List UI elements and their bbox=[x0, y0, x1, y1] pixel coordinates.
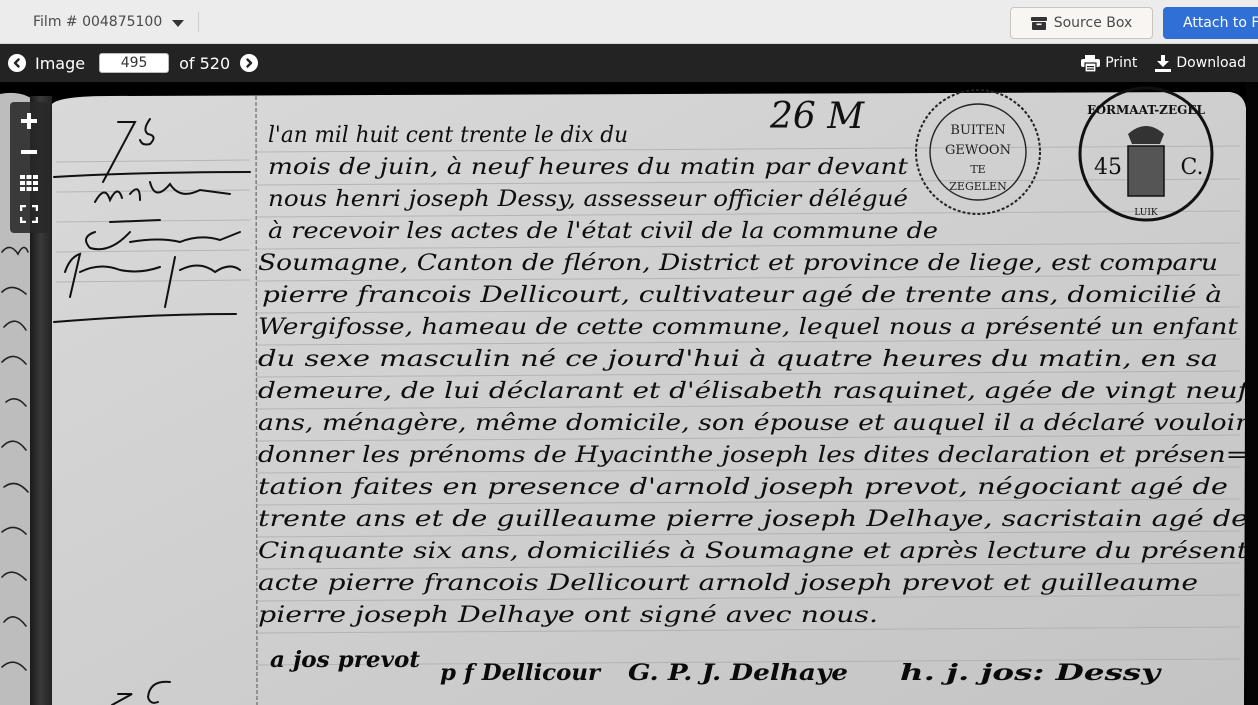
svg-text:TE: TE bbox=[970, 163, 985, 176]
svg-text:p f Dellicour: p f Dellicour bbox=[440, 660, 601, 686]
divider bbox=[198, 12, 199, 32]
attach-label: Attach to Family Tree bbox=[1183, 15, 1258, 31]
plus-icon bbox=[21, 113, 37, 129]
image-viewer[interactable]: BUITEN GEWOON TE ZEGELEN FORMAAT-ZEGEL 4… bbox=[0, 82, 1258, 705]
source-box-label: Source Box bbox=[1054, 15, 1133, 31]
fullscreen-icon bbox=[20, 205, 38, 223]
zoom-in-button[interactable] bbox=[14, 107, 44, 135]
next-image-button[interactable] bbox=[240, 54, 258, 72]
film-selector[interactable]: Film # 004875100 bbox=[33, 0, 199, 44]
print-button[interactable]: Print bbox=[1081, 55, 1137, 72]
svg-text:h. j. jos: Dessy: h. j. jos: Dessy bbox=[900, 660, 1163, 686]
svg-text:à recevoir les actes de l'état: à recevoir les actes de l'état civil de … bbox=[268, 219, 938, 244]
image-actions: Print Download bbox=[1081, 44, 1246, 82]
zoom-controls bbox=[10, 102, 48, 233]
image-number-input[interactable] bbox=[99, 53, 169, 73]
svg-text:Cinquante six ans, domiciliés: Cinquante six ans, domiciliés à Soumagne… bbox=[258, 539, 1248, 564]
image-total-label: of 520 bbox=[179, 54, 230, 73]
image-navigation: Image of 520 bbox=[8, 44, 258, 82]
source-box-button[interactable]: Source Box bbox=[1010, 7, 1153, 39]
svg-text:du sexe masculin né ce jourd'h: du sexe masculin né ce jourd'hui à quatr… bbox=[258, 347, 1218, 372]
svg-text:ans, ménagère, même domicile,: ans, ménagère, même domicile, son épouse… bbox=[258, 411, 1250, 436]
svg-text:Soumagne, Canton de fléron, Di: Soumagne, Canton de fléron, District et … bbox=[258, 251, 1218, 276]
archive-box-icon bbox=[1031, 17, 1047, 30]
svg-text:FORMAAT-ZEGEL: FORMAAT-ZEGEL bbox=[1087, 103, 1205, 117]
svg-text:pierre francois Dellicourt, cu: pierre francois Dellicourt, cultivateur … bbox=[262, 283, 1222, 308]
svg-text:26 M: 26 M bbox=[769, 96, 865, 137]
zoom-out-button[interactable] bbox=[14, 138, 44, 166]
attach-to-tree-button[interactable]: Attach to Family Tree bbox=[1163, 7, 1258, 39]
svg-text:tation faites en presence d'ar: tation faites en presence d'arnold josep… bbox=[258, 475, 1228, 500]
download-button[interactable]: Download bbox=[1155, 55, 1246, 72]
fullscreen-button[interactable] bbox=[14, 200, 44, 228]
chevron-down-icon[interactable] bbox=[172, 20, 184, 27]
svg-text:l'an mil huit cent trente le d: l'an mil huit cent trente le dix du bbox=[268, 123, 628, 148]
download-label: Download bbox=[1176, 55, 1246, 71]
document-scan[interactable]: BUITEN GEWOON TE ZEGELEN FORMAAT-ZEGEL 4… bbox=[0, 82, 1258, 705]
printer-icon bbox=[1081, 55, 1100, 72]
svg-text:mois de juin, à neuf heures du: mois de juin, à neuf heures du matin par… bbox=[268, 155, 908, 180]
svg-text:a jos prevot: a jos prevot bbox=[270, 647, 420, 673]
svg-text:GEWOON: GEWOON bbox=[945, 143, 1011, 158]
svg-text:nous henri joseph Dessy, asses: nous henri joseph Dessy, assesseur offic… bbox=[268, 187, 908, 212]
top-bar: Film # 004875100 Source Box Attach to Fa… bbox=[0, 0, 1258, 44]
svg-text:demeure, de lui déclarant et d: demeure, de lui déclarant et d'élisabeth… bbox=[258, 379, 1253, 404]
svg-text:pierre joseph Delhaye ont sign: pierre joseph Delhaye ont signé avec nou… bbox=[258, 603, 878, 628]
previous-image-button[interactable] bbox=[8, 54, 26, 72]
svg-text:45: 45 bbox=[1094, 155, 1122, 180]
download-icon bbox=[1155, 55, 1171, 72]
grid-icon bbox=[20, 175, 38, 191]
svg-text:LUIK: LUIK bbox=[1134, 208, 1158, 218]
svg-text:donner les prénoms de Hyacinth: donner les prénoms de Hyacinthe joseph l… bbox=[258, 443, 1248, 468]
minus-icon bbox=[21, 144, 37, 160]
print-label: Print bbox=[1105, 55, 1137, 71]
svg-text:ZEGELEN: ZEGELEN bbox=[949, 180, 1007, 193]
film-number-label: Film # 004875100 bbox=[33, 14, 162, 30]
chevron-left-icon bbox=[12, 58, 22, 68]
svg-text:Wergifosse, hameau de cette co: Wergifosse, hameau de cette commune, leq… bbox=[258, 315, 1238, 340]
image-toolbar: Image of 520 Print Downl bbox=[0, 44, 1258, 82]
svg-text:G. P. J. Delhaye: G. P. J. Delhaye bbox=[628, 660, 848, 686]
chevron-right-icon bbox=[244, 58, 254, 68]
svg-text:trente ans et de guilleaume pi: trente ans et de guilleaume pierre josep… bbox=[258, 507, 1248, 532]
svg-text:acte pierre francois Dellicour: acte pierre francois Dellicourt arnold j… bbox=[258, 571, 1198, 596]
grid-view-button[interactable] bbox=[14, 169, 44, 197]
image-label: Image bbox=[35, 54, 85, 73]
svg-text:C.: C. bbox=[1180, 155, 1203, 180]
svg-text:BUITEN: BUITEN bbox=[950, 123, 1005, 138]
